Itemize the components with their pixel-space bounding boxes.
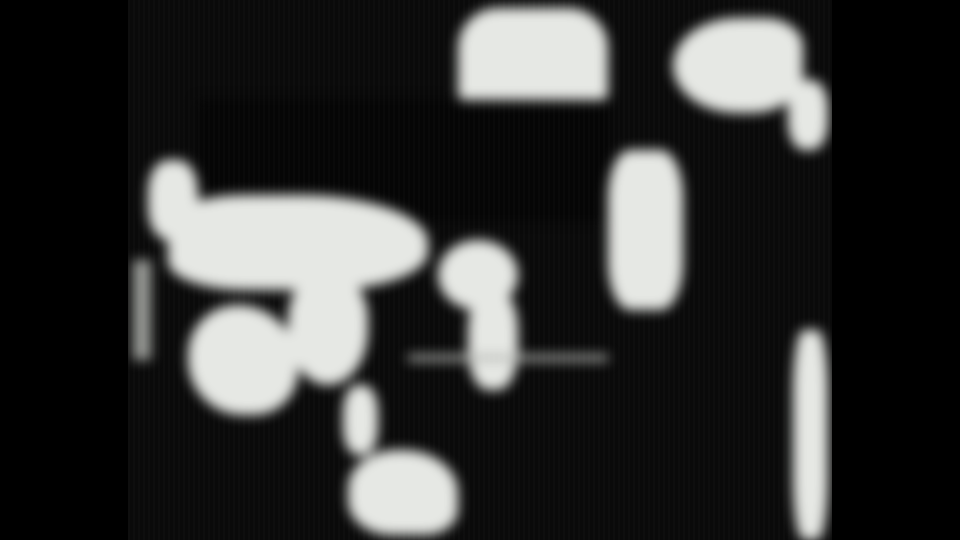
- pillarbox-left: [0, 0, 128, 540]
- video-frame: [128, 0, 832, 540]
- film-still: [128, 0, 832, 540]
- pillarbox-right: [832, 0, 960, 540]
